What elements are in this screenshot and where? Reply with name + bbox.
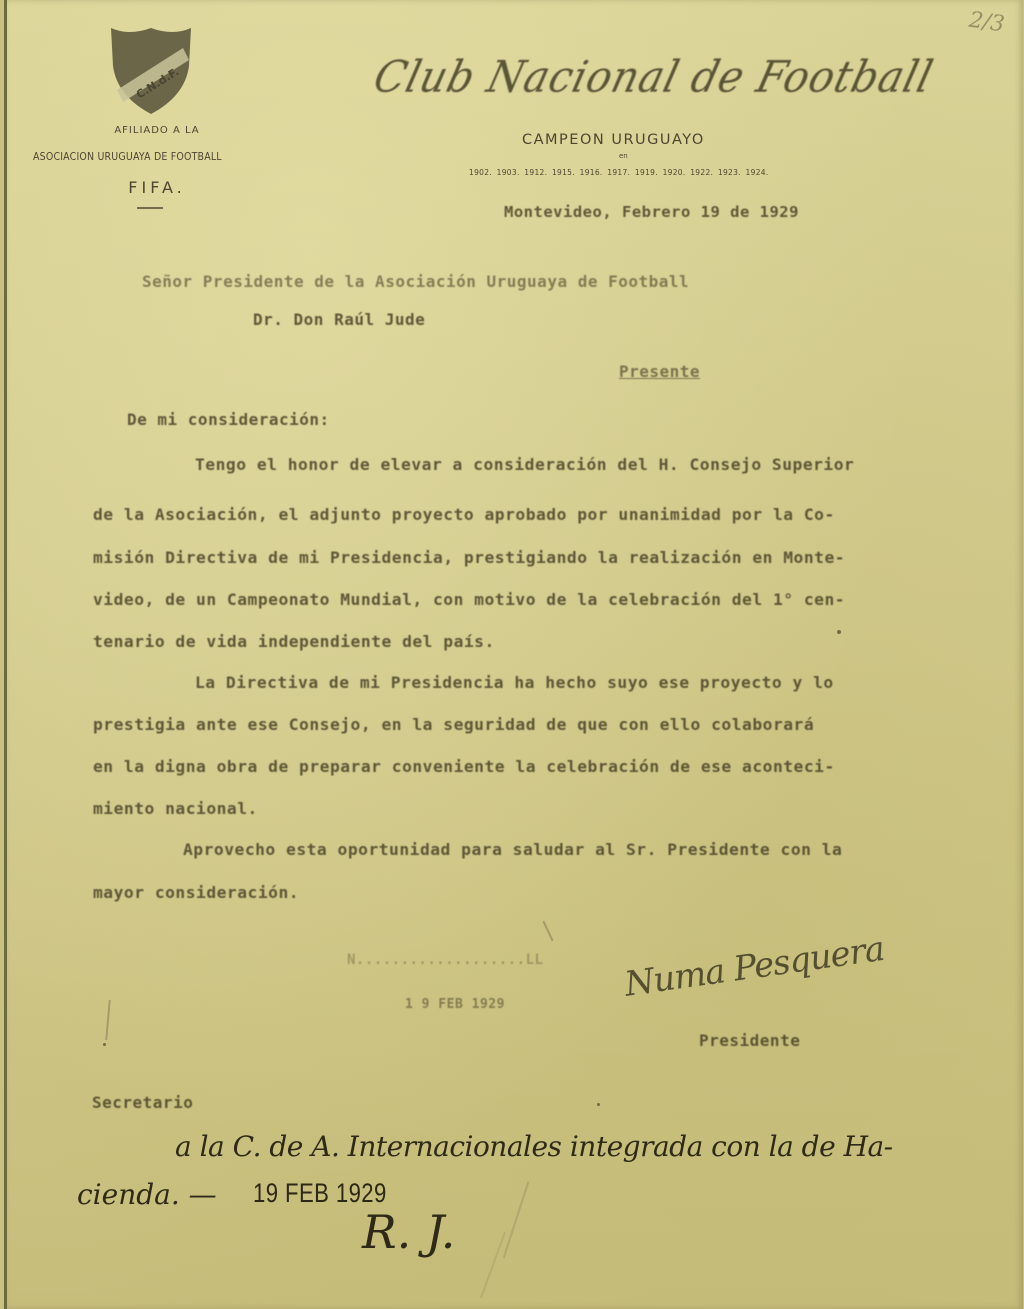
faded-stamp: N...................LL	[347, 952, 543, 968]
ink-stroke	[503, 1182, 530, 1259]
recipient-title: Señor Presidente de la Asociación Urugua…	[142, 272, 689, 291]
ink-stroke	[480, 1232, 506, 1298]
body-line: misión Directiva de mi Presidencia, pres…	[93, 548, 845, 567]
presente-label: Presente	[619, 362, 700, 381]
affiliation-line-1: AFILIADO A LA	[7, 125, 307, 136]
subtitle-en: en	[619, 152, 628, 160]
body-line: Tengo el honor de elevar a consideración…	[195, 455, 854, 474]
handwritten-annotation-line-1: a la C. de A. Internacionales integrada …	[175, 1130, 893, 1163]
ink-stroke	[542, 921, 553, 942]
handwritten-initials: R. J.	[362, 1205, 455, 1259]
body-line: prestigia ante ese Consejo, en la seguri…	[93, 715, 814, 734]
ink-speck	[837, 630, 841, 634]
club-crest-icon: C.N.d.F.	[107, 26, 195, 116]
campeon-uruguayo-subtitle: CAMPEON URUGUAYO	[522, 132, 705, 148]
folio-number: 2/3	[967, 8, 1006, 38]
affiliation-line-2: ASOCIACION URUGUAYA DE FOOTBALL	[33, 151, 222, 163]
body-line: tenario de vida independiente del país.	[93, 632, 495, 651]
body-line: Aprovecho esta oportunidad para saludar …	[183, 840, 842, 859]
ink-speck	[103, 1043, 106, 1046]
scanned-letter-page: C.N.d.F. AFILIADO A LA ASOCIACION URUGUA…	[4, 0, 1023, 1309]
president-signature: Numa Pesquera	[622, 929, 886, 1005]
presidente-label: Presidente	[699, 1031, 800, 1050]
body-line: La Directiva de mi Presidencia ha hecho …	[195, 673, 834, 692]
championship-years: 1902. 1903. 1912. 1915. 1916. 1917. 1919…	[469, 168, 769, 177]
club-name-heading: Club Nacional de Football	[369, 52, 939, 103]
body-line: mayor consideración.	[93, 883, 299, 902]
place-and-date: Montevideo, Febrero 19 de 1929	[504, 203, 799, 221]
body-line: miento nacional.	[93, 799, 258, 818]
body-line: video, de un Campeonato Mundial, con mot…	[93, 590, 845, 609]
secretario-label: Secretario	[92, 1093, 193, 1112]
affiliation-fifa: FIFA.	[7, 178, 307, 197]
ink-stroke	[105, 1000, 110, 1040]
affiliation-divider	[137, 207, 163, 209]
body-line: de la Asociación, el adjunto proyecto ap…	[93, 505, 835, 524]
salutation: De mi consideración:	[127, 410, 330, 429]
received-date-stamp-small: 1 9 FEB 1929	[405, 997, 505, 1012]
recipient-name: Dr. Don Raúl Jude	[253, 310, 425, 329]
ink-speck	[597, 1103, 600, 1106]
body-line: en la digna obra de preparar conveniente…	[93, 757, 835, 776]
handwritten-annotation-line-2: cienda. —	[77, 1178, 217, 1211]
